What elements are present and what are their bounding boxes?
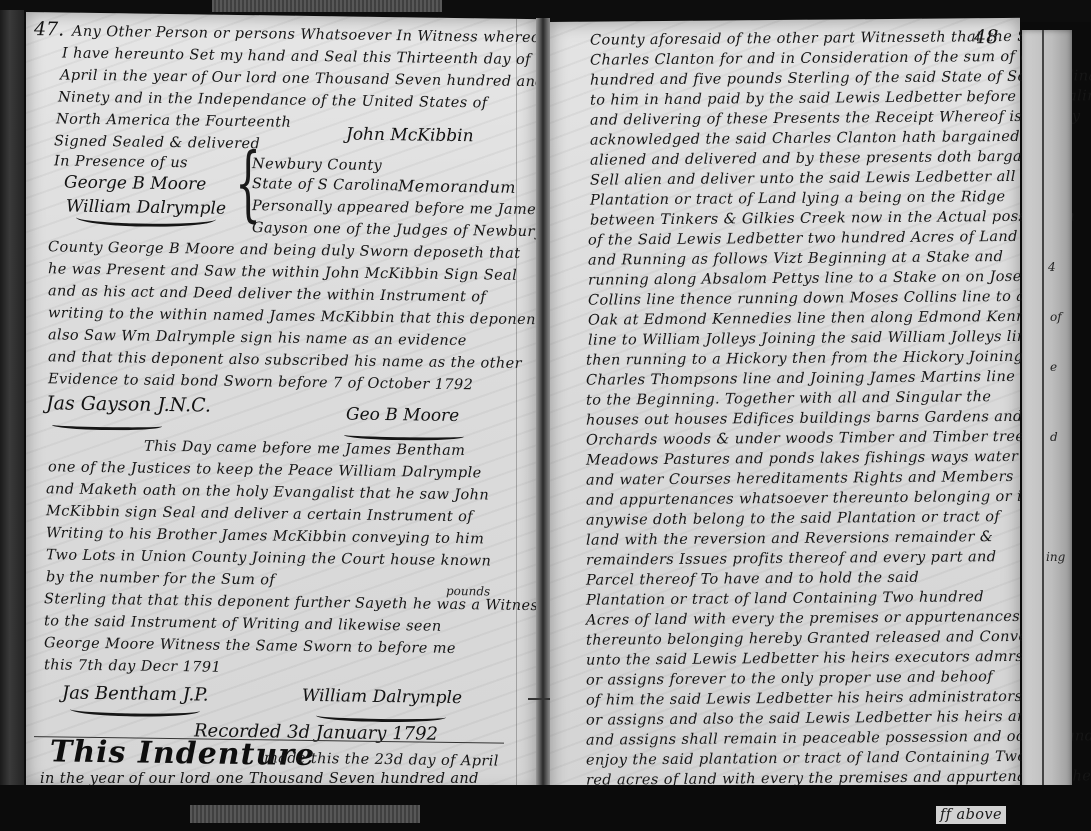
text-line: this 7th day Decr 1791 [44,656,221,676]
text-line: Plantation or tract of Land lying a bein… [590,188,1005,210]
deponent-signature: William Dalrymple [302,686,462,708]
text-line: remainders Issues profits thereof and ev… [586,548,996,570]
page-margin-rule [516,19,517,794]
text-line: made this the 23d day of April [264,749,499,770]
next-page-edge: 4 of e d ing [1022,30,1072,790]
text-line: and water Courses hereditaments Rights a… [586,468,1014,490]
text-line: Meadows Pastures and ponds lakes fishing… [586,448,1018,470]
text-line: houses out houses Edifices buildings bar… [586,408,1023,430]
grantor-signature: John McKibbin [346,124,474,146]
edge-fragment: ing [1046,550,1065,564]
venue-county: Newbury County [252,155,382,175]
text-line: and Running as follows Vizt Beginning at… [588,248,1003,270]
edge-fragment: 4 [1048,260,1056,274]
color-bar-strip [212,0,442,12]
memorandum-label: Memorandum [398,177,516,197]
edge-fragment: d [1050,430,1058,444]
color-bar-strip [190,805,420,823]
text-line: unto the said Lewis Ledbetter his heirs … [586,648,1023,670]
text-line: Acres of land with every the premises or… [586,608,1020,630]
witness-signature: George B Moore [64,173,206,195]
text-line: land with the reversion and Reversions r… [586,528,993,550]
text-line: then running to a Hickory then from the … [586,348,1023,370]
book-gutter [536,18,550,798]
text-line: of the Said Lewis Ledbetter two hundred … [588,228,1018,250]
text-line: or assigns forever to the only proper us… [586,668,993,690]
venue-state: State of S Carolina [252,175,399,195]
text-line: North America the Fourteenth [56,110,291,131]
left-page: 47. Any Other Person or persons Whatsoev… [26,12,536,794]
text-line: Charles Thompsons line and Joining James… [586,368,1015,390]
scan-bottom-border [0,785,1091,831]
book-spread: 47. Any Other Person or persons Whatsoev… [0,0,1091,831]
signed-sealed-line: Signed Sealed & delivered [54,132,260,153]
justice-signature: Jas Bentham J.P. [62,683,208,706]
text-line: by the number for the Sum of [46,568,275,589]
catchword: ff above [936,806,1006,824]
edge-fragment: e [1050,360,1057,374]
page-number-left: 47. [34,18,64,40]
right-page: 48 County aforesaid of the other part Wi… [550,18,1020,807]
judge-signature: Jas Gayson J.N.C. [46,392,211,416]
presence-line: In Presence of us [54,152,188,172]
page-fold-line [1042,30,1044,790]
edge-fragment: of [1050,310,1062,324]
book-binding-left [0,10,24,800]
text-line: to the Beginning. Together with all and … [586,388,991,410]
text-line: Plantation or tract of land Containing T… [586,588,984,609]
text-line: of him the said Lewis Ledbetter his heir… [586,688,1022,710]
witness-signature-moore: Geo B Moore [346,404,459,426]
text-line: anywise doth belong to the said Plantati… [586,508,1000,530]
text-line: Parcel thereof To have and to hold the s… [586,569,919,590]
